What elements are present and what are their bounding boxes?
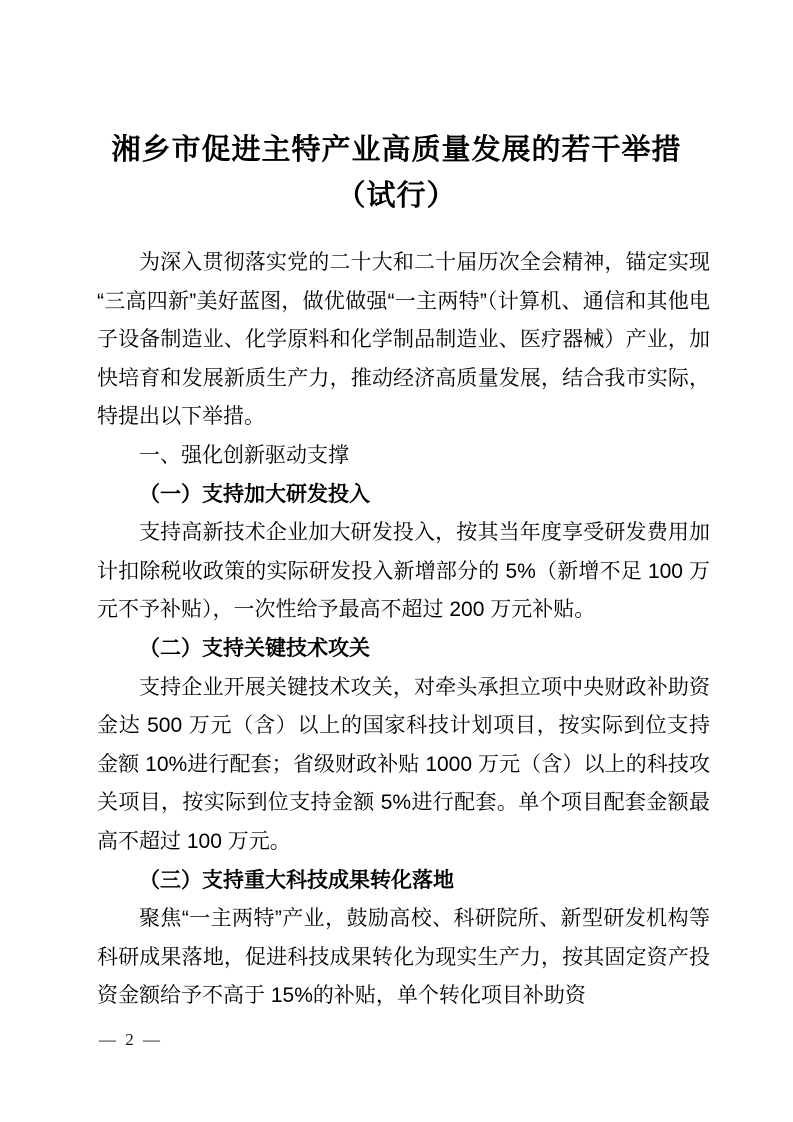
document-title: 湘乡市促进主特产业高质量发展的若干举措 bbox=[40, 127, 753, 173]
subsection-heading-key-technology: （二）支持关键技术攻关 bbox=[97, 630, 710, 669]
subsection-heading-achievement-transfer: （三）支持重大科技成果转化落地 bbox=[97, 862, 710, 901]
section-heading-innovation: 一、强化创新驱动支撑 bbox=[97, 437, 710, 476]
paragraph-key-technology: 支持企业开展关键技术攻关，对牵头承担立项中央财政补助资金达 500 万元（含）以… bbox=[97, 669, 710, 862]
intro-paragraph: 为深入贯彻落实党的二十大和二十届历次全会精神，锚定实现“三高四新”美好蓝图，做优… bbox=[97, 244, 710, 437]
paragraph-achievement-transfer: 聚焦“一主两特”产业，鼓励高校、科研院所、新型研发机构等科研成果落地，促进科技成… bbox=[97, 900, 710, 1016]
page-number: — 2 — bbox=[99, 1030, 160, 1050]
document-page: 湘乡市促进主特产业高质量发展的若干举措 （试行） 为深入贯彻落实党的二十大和二十… bbox=[0, 0, 793, 1122]
paragraph-rd-investment: 支持高新技术企业加大研发投入，按其当年度享受研发费用加计扣除税收政策的实际研发投… bbox=[97, 514, 710, 630]
document-body: 为深入贯彻落实党的二十大和二十届历次全会精神，锚定实现“三高四新”美好蓝图，做优… bbox=[97, 244, 710, 1016]
subsection-heading-rd-investment: （一）支持加大研发投入 bbox=[97, 476, 710, 515]
document-subtitle: （试行） bbox=[40, 173, 753, 219]
